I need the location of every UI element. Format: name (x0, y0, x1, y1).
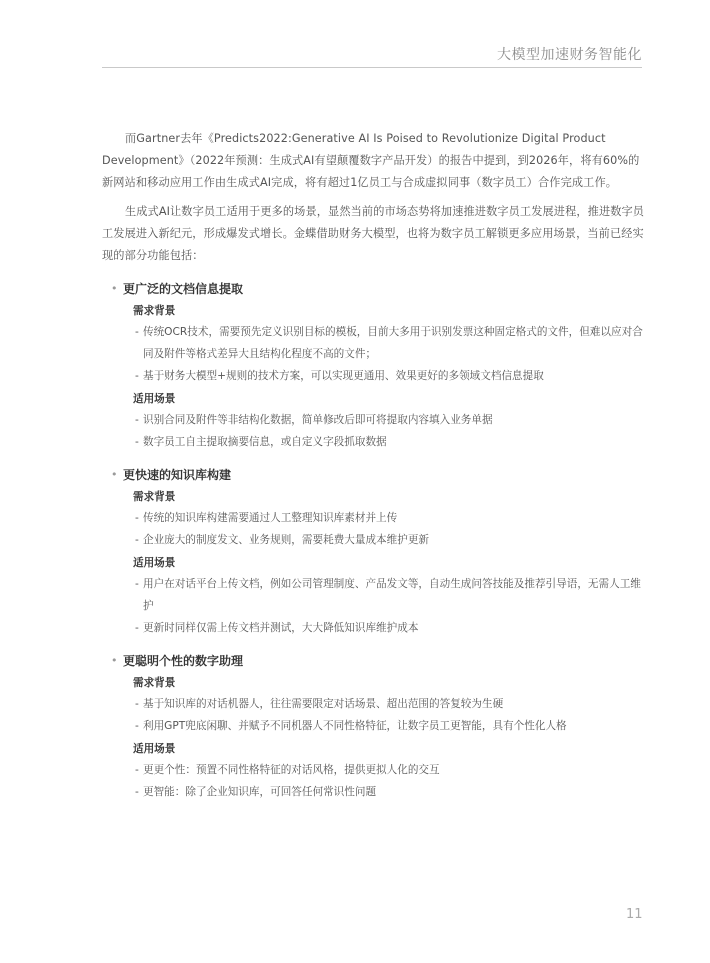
dash-icon: - (135, 409, 139, 431)
list-item: - 传统OCR技术，需要预先定义识别目标的模板，目前大多用于识别发票这种固定格式… (135, 321, 646, 365)
list-item: - 数字员工自主提取摘要信息，或自定义字段抓取数据 (135, 431, 646, 453)
page-header: 大模型加速财务智能化 (102, 40, 642, 68)
subheading-scenarios: 适用场景 (133, 389, 646, 409)
intro-paragraph: 生成式AI让数字员工适用于更多的场景，显然当前的市场态势将加速推进数字员工发展进… (102, 201, 646, 267)
list-item: - 用户在对话平台上传文档，例如公司管理制度、产品发文等，自动生成问答技能及推荐… (135, 573, 646, 617)
dash-icon: - (135, 715, 139, 737)
section-title-text: 更广泛的文档信息提取 (123, 282, 243, 296)
list-item-text: 基于财务大模型+规则的技术方案，可以实现更通用、效果更好的多领域文档信息提取 (143, 370, 544, 382)
section-title: • 更聪明个性的数字助理 (102, 651, 646, 671)
dash-icon: - (135, 431, 139, 453)
list-item: - 识别合同及附件等非结构化数据，简单修改后即可将提取内容填入业务单据 (135, 409, 646, 431)
list-item-text: 基于知识库的对话机器人，往往需要限定对话场景、超出范围的答复较为生硬 (143, 698, 503, 710)
list-item-text: 识别合同及附件等非结构化数据，简单修改后即可将提取内容填入业务单据 (143, 414, 493, 426)
subheading-scenarios: 适用场景 (133, 739, 646, 759)
list-item-text: 传统的知识库构建需要通过人工整理知识库素材并上传 (143, 512, 397, 524)
list-item: - 基于知识库的对话机器人，往往需要限定对话场景、超出范围的答复较为生硬 (135, 693, 646, 715)
bullet-icon: • (111, 279, 118, 299)
list-item-text: 更更个性：预置不同性格特征的对话风格，提供更拟人化的交互 (143, 764, 440, 776)
dash-icon: - (135, 529, 139, 551)
section-document-extraction: • 更广泛的文档信息提取 需求背景 - 传统OCR技术，需要预先定义识别目标的模… (102, 279, 646, 453)
list-item-text: 更新时同样仅需上传文档并测试，大大降低知识库维护成本 (143, 622, 418, 634)
list-item-text: 数字员工自主提取摘要信息，或自定义字段抓取数据 (143, 436, 387, 448)
page-content: 而Gartner去年《Predicts2022:Generative AI Is… (102, 128, 646, 803)
list-item: - 更智能：除了企业知识库，可回答任何常识性问题 (135, 781, 646, 803)
page-number: 11 (626, 907, 643, 922)
dash-icon: - (135, 781, 139, 803)
intro-paragraph: 而Gartner去年《Predicts2022:Generative AI Is… (102, 128, 646, 194)
section-title-text: 更快速的知识库构建 (123, 468, 231, 482)
subheading-scenarios: 适用场景 (133, 553, 646, 573)
section-knowledge-base: • 更快速的知识库构建 需求背景 - 传统的知识库构建需要通过人工整理知识库素材… (102, 465, 646, 639)
section-title-text: 更聪明个性的数字助理 (123, 654, 243, 668)
list-item: - 利用GPT兜底闲聊、并赋予不同机器人不同性格特征，让数字员工更智能，具有个性… (135, 715, 646, 737)
dash-icon: - (135, 759, 139, 781)
subheading-background: 需求背景 (133, 673, 646, 693)
dash-icon: - (135, 507, 139, 529)
list-item-text: 传统OCR技术，需要预先定义识别目标的模板，目前大多用于识别发票这种固定格式的文… (143, 326, 643, 360)
list-item: - 更新时同样仅需上传文档并测试，大大降低知识库维护成本 (135, 617, 646, 639)
list-item: - 传统的知识库构建需要通过人工整理知识库素材并上传 (135, 507, 646, 529)
list-item-text: 企业庞大的制度发文、业务规则，需要耗费大量成本维护更新 (143, 534, 429, 546)
list-item: - 更更个性：预置不同性格特征的对话风格，提供更拟人化的交互 (135, 759, 646, 781)
list-item-text: 利用GPT兜底闲聊、并赋予不同机器人不同性格特征，让数字员工更智能，具有个性化人… (143, 720, 567, 732)
bullet-icon: • (111, 465, 118, 485)
dash-icon: - (135, 321, 139, 343)
dash-icon: - (135, 573, 139, 595)
list-item: - 基于财务大模型+规则的技术方案，可以实现更通用、效果更好的多领域文档信息提取 (135, 365, 646, 387)
dash-icon: - (135, 617, 139, 639)
list-item-text: 用户在对话平台上传文档，例如公司管理制度、产品发文等，自动生成问答技能及推荐引导… (143, 578, 641, 612)
section-title: • 更广泛的文档信息提取 (102, 279, 646, 299)
subheading-background: 需求背景 (133, 301, 646, 321)
list-item: - 企业庞大的制度发文、业务规则，需要耗费大量成本维护更新 (135, 529, 646, 551)
header-title: 大模型加速财务智能化 (497, 44, 642, 64)
subheading-background: 需求背景 (133, 487, 646, 507)
bullet-icon: • (111, 651, 118, 671)
section-title: • 更快速的知识库构建 (102, 465, 646, 485)
dash-icon: - (135, 693, 139, 715)
list-item-text: 更智能：除了企业知识库，可回答任何常识性问题 (143, 786, 376, 798)
section-digital-assistant: • 更聪明个性的数字助理 需求背景 - 基于知识库的对话机器人，往往需要限定对话… (102, 651, 646, 803)
dash-icon: - (135, 365, 139, 387)
